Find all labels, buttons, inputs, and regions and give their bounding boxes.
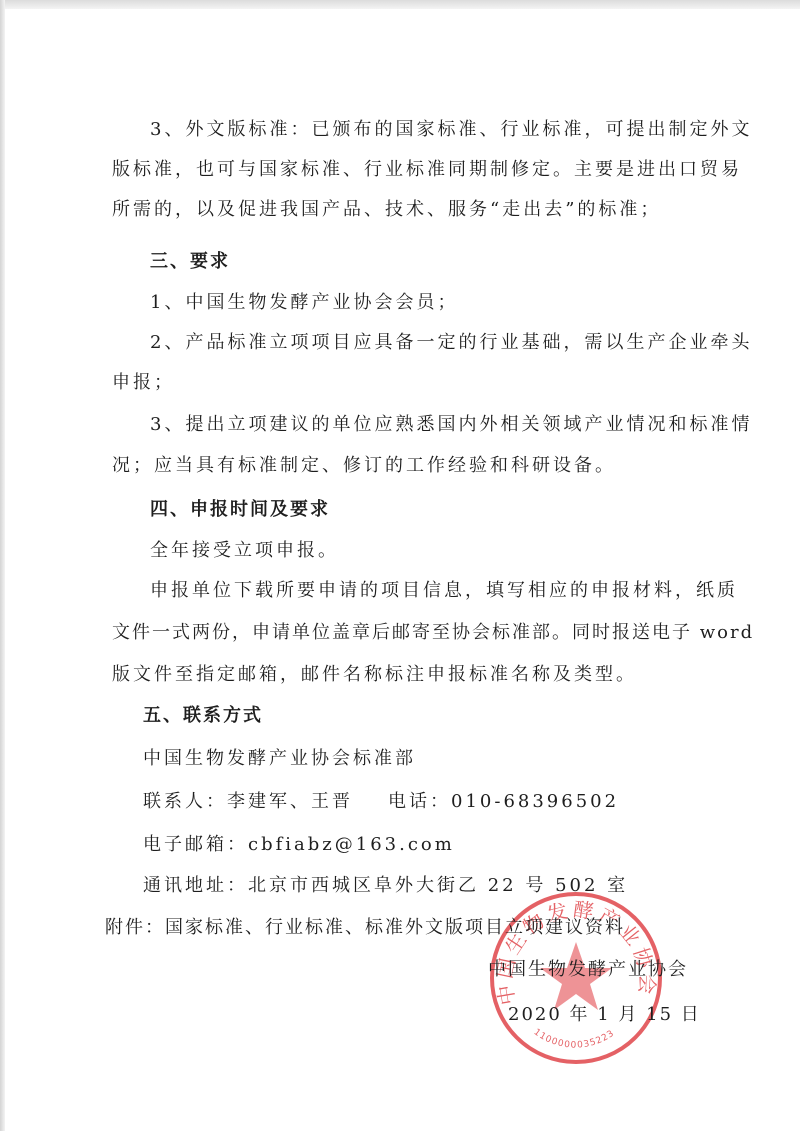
requirement-item-3-line-1: 3、提出立项建议的单位应熟悉国内外相关领域产业情况和标准情 — [150, 414, 752, 436]
svg-text:1100000035223: 1100000035223 — [532, 1027, 617, 1050]
signature-date: 2020 年 1 月 15 日 — [508, 1004, 701, 1026]
contact-department: 中国生物发酵产业协会标准部 — [143, 748, 416, 770]
attachment-note: 附件：国家标准、行业标准、标准外文版项目立项建议资料 — [105, 917, 625, 939]
requirement-item-2-line-1: 2、产品标准立项项目应具备一定的行业基础，需以生产企业牵头 — [150, 332, 752, 354]
paragraph-foreign-standard-line-1: 3、外文版标准：已颁布的国家标准、行业标准，可提出制定外文 — [150, 119, 752, 141]
contact-email: 电子邮箱：cbfiabz@163.com — [143, 834, 455, 856]
paragraph-foreign-standard-line-2: 版标准，也可与国家标准、行业标准同期制修定。主要是进出口贸易 — [112, 159, 742, 181]
contact-person: 联系人：李建军、王晋 — [143, 791, 353, 812]
signature-organization: 中国生物发酵产业协会 — [488, 959, 688, 981]
document-page: 3、外文版标准：已颁布的国家标准、行业标准，可提出制定外文 版标准，也可与国家标… — [0, 0, 800, 1131]
contact-phone: 电话：010-68396502 — [388, 791, 619, 813]
section-heading-requirements: 三、要求 — [150, 251, 230, 273]
application-paragraph-2-line-3: 版文件至指定邮箱，邮件名称标注申报标准名称及类型。 — [112, 664, 637, 686]
application-paragraph-2-line-2: 文件一式两份，申请单位盖章后邮寄至协会标准部。同时报送电子 word — [112, 622, 754, 644]
requirement-item-1: 1、中国生物发酵产业协会会员； — [150, 292, 458, 314]
section-heading-application-time: 四、申报时间及要求 — [150, 499, 330, 521]
contact-line: 联系人：李建军、王晋 电话：010-68396502 — [143, 791, 683, 813]
requirement-item-2-line-2: 申报； — [112, 372, 175, 394]
application-paragraph-2-line-1: 申报单位下载所要申请的项目信息，填写相应的申报材料，纸质 — [150, 580, 738, 602]
paragraph-foreign-standard-line-3: 所需的，以及促进我国产品、技术、服务“走出去”的标准； — [112, 199, 661, 221]
section-heading-contact: 五、联系方式 — [143, 705, 263, 727]
application-paragraph-1: 全年接受立项申报。 — [150, 540, 339, 562]
requirement-item-3-line-2: 况；应当具有标准制定、修订的工作经验和科研设备。 — [112, 455, 616, 477]
